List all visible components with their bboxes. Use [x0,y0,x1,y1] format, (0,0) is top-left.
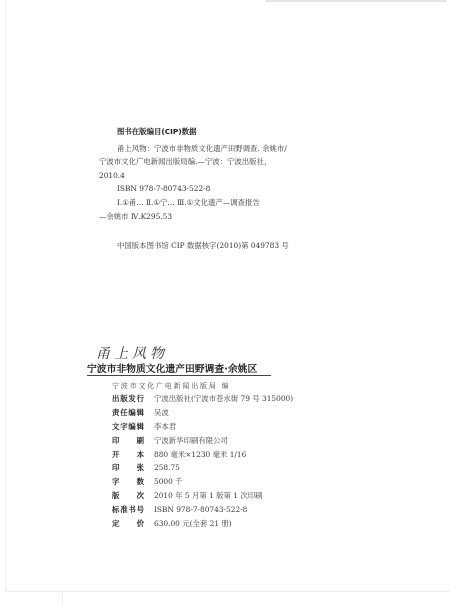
cip-check-number: 中国版本图书馆 CIP 数据核字(2010)第 049783 号 [117,240,289,251]
label-char: 定 [112,518,119,529]
row-value: 吴波 [154,407,169,418]
colophon-row-isbn: 标 准 书 号 ISBN 978-7-80743-522-8 [112,502,412,516]
colophon-row-edition: 版 次 2010 年 5 月第 1 版第 1 次印刷 [112,489,412,503]
label-char: 张 [137,462,144,473]
book-title: 宁波市非物质文化遗产田野调查·余姚区 [87,361,257,375]
label-char: 编 [128,421,135,432]
colophon-row-format: 开 本 880 毫米×1230 毫米 1/16 [112,447,412,461]
row-label: 出 版 发 行 [112,393,144,404]
cip-line: 宁波市文化广电新闻出版局编.—宁波：宁波出版社， [99,155,359,169]
row-value: ISBN 978-7-80743-522-8 [154,505,247,514]
label-char: 版 [120,393,127,404]
colophon-row-price: 定 价 630.00 元(全套 21 册) [112,516,412,530]
row-value: 258.75 [154,463,180,472]
label-char: 本 [137,449,144,460]
colophon-row-printer: 印 刷 宁波新华印刷有限公司 [112,433,412,447]
page-edge-notch [62,592,63,606]
row-value: 宁波出版社(宁波市苍水街 79 号 315000) [154,393,293,404]
colophon-row-word-count: 字 数 5000 千 [112,475,412,489]
label-char: 行 [137,393,144,404]
label-char: 辑 [137,421,144,432]
label-char: 编 [128,407,135,418]
page-edge-bottom [6,591,450,592]
row-value: 630.00 元(全套 21 册) [154,518,232,529]
row-label: 字 数 [112,476,144,487]
page-edge-top [265,0,447,2]
label-char: 发 [128,393,135,404]
row-label: 印 张 [112,462,144,473]
row-label: 责 任 编 辑 [112,407,144,418]
colophon-row-printed-sheets: 印 张 258.75 [112,461,412,475]
label-char: 版 [112,490,119,501]
row-label: 标 准 书 号 [112,504,144,515]
label-char: 数 [137,476,144,487]
row-value: 宁波新华印刷有限公司 [154,435,228,446]
label-char: 次 [137,490,144,501]
label-char: 字 [120,421,127,432]
label-char: 开 [112,449,119,460]
label-char: 书 [128,504,135,515]
label-char: 任 [120,407,127,418]
editor-credit: 宁波市文化广电新闻出版局 编 [112,381,230,391]
cip-line: 甬上风物：宁波市非物质文化遗产田野调查. 余姚市/ [117,142,359,156]
label-char: 刷 [137,435,144,446]
label-char: 印 [112,462,119,473]
label-char: 号 [137,504,144,515]
label-char: 出 [112,393,119,404]
label-char: 印 [112,435,119,446]
row-value: 2010 年 5 月第 1 版第 1 次印刷 [154,490,263,501]
row-label: 印 刷 [112,435,144,446]
colophon-row-publisher: 出 版 发 行 宁波出版社(宁波市苍水街 79 号 315000) [112,392,412,406]
cip-line: ISBN 978-7-80743-522-8 [117,182,359,196]
row-value: 880 毫米×1230 毫米 1/16 [154,449,246,460]
colophon-table: 出 版 发 行 宁波出版社(宁波市苍水街 79 号 315000) 责 任 编 … [112,392,412,530]
cip-line: —余姚市 Ⅳ.K295.53 [99,210,359,224]
cip-line: 2010.4 [99,169,359,183]
label-char: 文 [112,421,119,432]
cip-data-block: 图书在版编目(CIP)数据 甬上风物：宁波市非物质文化遗产田野调查. 余姚市/ … [99,125,359,223]
label-char: 价 [137,518,144,529]
label-char: 责 [112,407,119,418]
label-char: 标 [112,504,119,515]
cip-heading: 图书在版编目(CIP)数据 [117,125,359,139]
row-label: 文 字 编 辑 [112,421,144,432]
title-divider [87,375,271,376]
row-label: 开 本 [112,449,144,460]
label-char: 字 [112,476,119,487]
colophon-row-editor-in-charge: 责 任 编 辑 吴波 [112,406,412,420]
row-label: 定 价 [112,518,144,529]
row-value: 5000 千 [154,476,183,487]
label-char: 准 [120,504,127,515]
label-char: 辑 [137,407,144,418]
cip-line: Ⅰ.①甬… Ⅱ.①宁… Ⅲ.①文化遗产—调查报告 [117,196,359,210]
page-edge-left [5,0,6,592]
row-label: 版 次 [112,490,144,501]
colophon-row-text-editor: 文 字 编 辑 李本君 [112,420,412,434]
series-name: 甬上风物 [96,343,168,363]
row-value: 李本君 [154,421,176,432]
